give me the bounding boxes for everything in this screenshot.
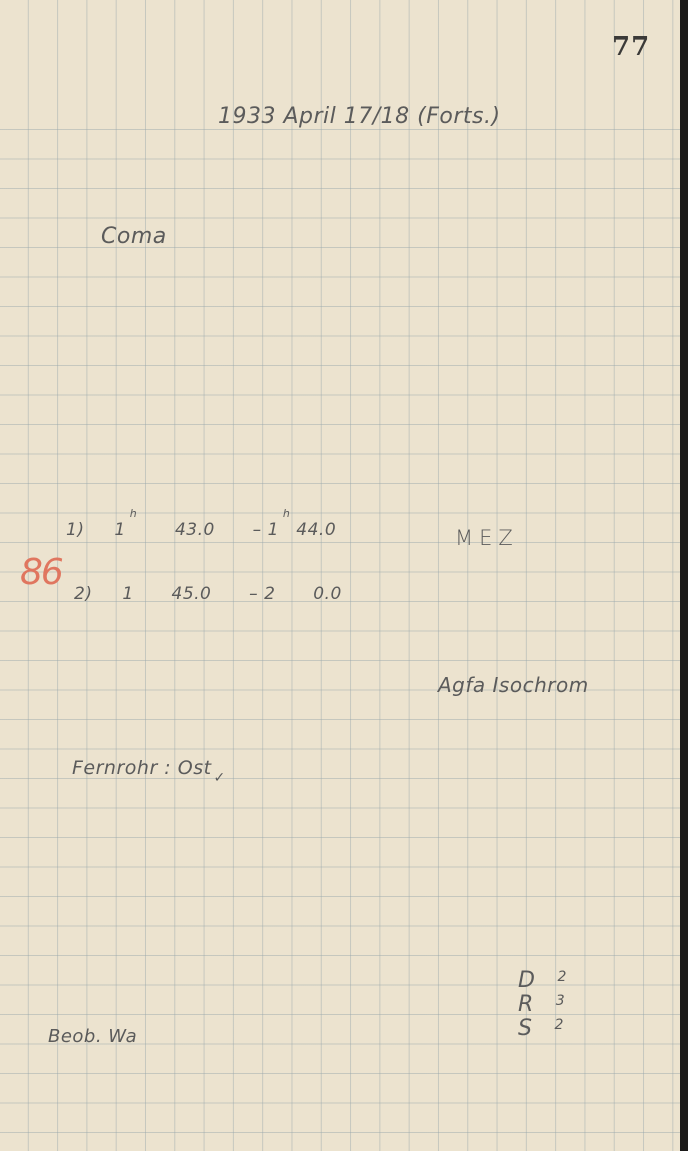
notebook-page: 77 1933 April 17/18 (Forts.) Coma 1) 1h … [0,0,680,1151]
end-hour: 1 [268,520,279,540]
start-minutes: 43.0 [175,520,215,540]
timezone-label: MEZ [455,526,519,550]
end-hour-unit: h [283,507,290,520]
quality-symbol: R [518,992,534,1017]
plate-type: Agfa Isochrom [438,673,589,697]
checkmark-icon: ✓ [214,770,226,786]
quality-rating-s: S2 [518,1018,545,1042]
end-minutes: 44.0 [296,520,336,540]
observer-note: Beob. Wa [48,1026,137,1047]
exposure-label: 2) [74,584,92,604]
quality-value: 2 [557,969,566,985]
date-heading: 1933 April 17/18 (Forts.) [218,104,501,129]
page-edge-shadow [680,0,688,1151]
quality-value: 2 [554,1017,563,1033]
end-hour: 2 [264,584,275,604]
telescope-note: Fernrohr : Ost✓ [72,757,226,779]
range-separator: – [253,520,262,540]
page-number: 77 [612,32,650,62]
end-minutes: 0.0 [313,584,342,604]
telescope-label: Fernrohr : Ost [72,757,212,779]
exposure-label: 1) [66,520,84,540]
quality-symbol: S [518,1016,532,1041]
quality-rating-r: R3 [518,994,545,1018]
start-hour: 1 [122,584,133,604]
exposure-row-2: 2) 1 45.0 – 2 0.0 [74,584,342,604]
start-minutes: 45.0 [172,584,212,604]
quality-ratings: D2 R3 S2 [518,970,545,1042]
start-hour: 1 [114,520,125,540]
quality-rating-d: D2 [518,970,545,994]
object-name: Coma [101,224,167,249]
range-separator: – [249,584,258,604]
exposure-row-1: 1) 1h 43.0 – 1h 44.0 [66,520,336,540]
start-hour-unit: h [130,507,137,520]
quality-value: 3 [556,993,565,1009]
red-margin-number: 86 [20,552,62,593]
quality-symbol: D [518,968,535,993]
